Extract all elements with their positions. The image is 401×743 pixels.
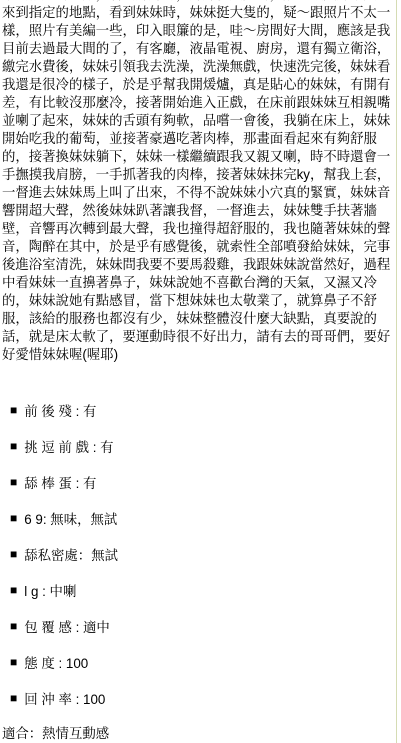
rating-item: ■ 6 9: 無味，無試 (10, 509, 401, 527)
rating-item: ■ 舔私密處：無試 (10, 545, 401, 563)
square-bullet-icon: ■ (10, 512, 17, 524)
square-bullet-icon: ■ (10, 584, 17, 596)
rating-item: ■ 舔 棒 蛋 : 有 (10, 473, 401, 491)
review-paragraph: 來到指定的地點，看到妹妹時，妹妹挺大隻的，疑～跟照片不太一 樣，照片有美編一些，… (0, 4, 401, 364)
rating-text: 前 後 殘 : 有 (24, 401, 96, 420)
rating-text: 6 9: 無味，無試 (24, 509, 117, 528)
rating-text: 回 沖 率 : 100 (24, 689, 105, 708)
rating-item: ■ 態 度 : 100 (10, 653, 401, 671)
rating-text: 舔私密處：無試 (24, 545, 118, 564)
rating-list: ■ 前 後 殘 : 有 ■ 挑 逗 前 戲 : 有 ■ 舔 棒 蛋 : 有 ■ … (0, 401, 401, 707)
table-border-line (396, 0, 397, 743)
rating-item: ■ 前 後 殘 : 有 (10, 401, 401, 419)
rating-item: ■ 回 沖 率 : 100 (10, 689, 401, 707)
review-post: 來到指定的地點，看到妹妹時，妹妹挺大隻的，疑～跟照片不太一 來到指定的地點，看到… (0, 0, 401, 743)
square-bullet-icon: ■ (10, 692, 17, 704)
square-bullet-icon: ■ (10, 656, 17, 668)
square-bullet-icon: ■ (10, 440, 17, 452)
square-bullet-icon: ■ (10, 404, 17, 416)
square-bullet-icon: ■ (10, 476, 17, 488)
suitability-line: 適合：熱情互動感 (0, 725, 401, 743)
rating-item: ■ l g : 中喇 (10, 581, 401, 599)
rating-item: ■ 挑 逗 前 戲 : 有 (10, 437, 401, 455)
rating-text: 態 度 : 100 (24, 653, 88, 672)
rating-text: l g : 中喇 (24, 581, 76, 600)
rating-text: 舔 棒 蛋 : 有 (24, 473, 96, 492)
square-bullet-icon: ■ (10, 620, 17, 632)
rating-text: 挑 逗 前 戲 : 有 (24, 437, 113, 456)
rating-item: ■ 包 覆 感 : 適中 (10, 617, 401, 635)
square-bullet-icon: ■ (10, 548, 17, 560)
rating-text: 包 覆 感 : 適中 (24, 617, 110, 636)
